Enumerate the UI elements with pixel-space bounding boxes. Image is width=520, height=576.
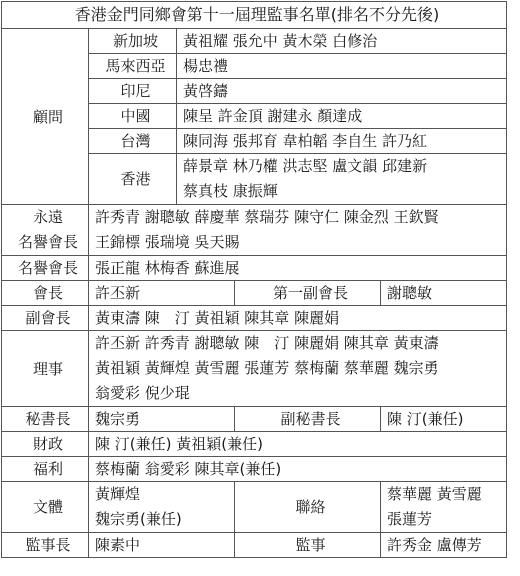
name-line: 許秀青 謝聰敏 薛慶華 蔡瑞芬 陳守仁 陳金烈 王欽賢 <box>95 205 506 230</box>
directors-names: 許丕新 許秀青 謝聰敏 陳 汀 陳麗娟 陳其章 黃東濤 黃祖穎 黃輝煌 黃雪麗 … <box>89 331 507 407</box>
name-line: 黃祖穎 黃輝煌 黃雪麗 張蓮芳 蔡梅蘭 蔡華麗 魏宗勇 <box>95 356 506 381</box>
deputy-secretary-label: 副秘書長 <box>235 407 381 432</box>
honorary-names: 張正龍 林梅香 蘇進展 <box>89 256 507 281</box>
name-line: 王錦標 張瑞境 吳天賜 <box>95 230 506 255</box>
permanent-honorary-row: 永遠 名譽會長 許秀青 謝聰敏 薛慶華 蔡瑞芬 陳守仁 陳金烈 王欽賢 王錦標 … <box>2 205 507 256</box>
label-line: 名譽會長 <box>8 230 88 255</box>
directors-row: 理事 許丕新 許秀青 謝聰敏 陳 汀 陳麗娟 陳其章 黃東濤 黃祖穎 黃輝煌 黃… <box>2 331 507 407</box>
secretary-general-name: 魏宗勇 <box>89 407 235 432</box>
name-line: 黃輝煌 <box>95 482 234 507</box>
president-row: 會長 許丕新 第一副會長 謝聰敏 <box>2 281 507 306</box>
name-line: 蔡華麗 黃雪麗 <box>387 482 506 507</box>
name-line: 蔡真枝 康振輝 <box>183 179 506 204</box>
name-line: 薛景章 林乃權 洪志堅 盧文韻 邱建新 <box>183 154 506 179</box>
welfare-row: 福利 蔡梅蘭 翁愛彩 陳其章(兼任) <box>2 457 507 482</box>
name-line: 魏宗勇(兼任) <box>95 507 234 532</box>
liaison-label: 聯絡 <box>235 482 381 533</box>
document-title: 香港金門同鄉會第十一屆理監事名單(排名不分先後) <box>2 2 507 29</box>
advisor-region: 馬來西亞 <box>89 54 177 79</box>
supervisor-names: 許秀金 盧傳芳 <box>381 533 507 558</box>
advisors-label: 顧問 <box>2 29 89 205</box>
permanent-honorary-names: 許秀青 謝聰敏 薛慶華 蔡瑞芬 陳守仁 陳金烈 王欽賢 王錦標 張瑞境 吳天賜 <box>89 205 507 256</box>
advisor-region: 新加坡 <box>89 29 177 54</box>
vice-president-names: 黃東濤 陳 汀 黃祖穎 陳其章 陳麗娟 <box>89 306 507 331</box>
advisor-names: 陳呈 許金頂 謝建永 顏達成 <box>177 104 507 129</box>
vice-president-label: 副會長 <box>2 306 89 331</box>
secretary-general-label: 秘書長 <box>2 407 89 432</box>
finance-row: 財政 陳 汀(兼任) 黃祖穎(兼任) <box>2 432 507 457</box>
culture-sports-names: 黃輝煌 魏宗勇(兼任) <box>89 482 235 533</box>
honorary-label: 名譽會長 <box>2 256 89 281</box>
advisor-names: 薛景章 林乃權 洪志堅 盧文韻 邱建新 蔡真枝 康振輝 <box>177 154 507 205</box>
chief-supervisor-label: 監事長 <box>2 533 89 558</box>
welfare-names: 蔡梅蘭 翁愛彩 陳其章(兼任) <box>89 457 507 482</box>
supervisor-label: 監事 <box>235 533 381 558</box>
vice-president-row: 副會長 黃東濤 陳 汀 黃祖穎 陳其章 陳麗娟 <box>2 306 507 331</box>
advisor-region: 香港 <box>89 154 177 205</box>
president-label: 會長 <box>2 281 89 306</box>
finance-names: 陳 汀(兼任) 黃祖穎(兼任) <box>89 432 507 457</box>
advisor-names: 黃祖耀 張允中 黃木榮 白修治 <box>177 29 507 54</box>
name-line: 翁愛彩 倪少琨 <box>95 381 506 406</box>
welfare-label: 福利 <box>2 457 89 482</box>
advisor-region: 中國 <box>89 104 177 129</box>
first-vice-president-name: 謝聰敏 <box>381 281 507 306</box>
first-vice-president-label: 第一副會長 <box>235 281 381 306</box>
liaison-names: 蔡華麗 黃雪麗 張蓮芳 <box>381 482 507 533</box>
culture-sports-label: 文體 <box>2 482 89 533</box>
deputy-secretary-name: 陳 汀(兼任) <box>381 407 507 432</box>
permanent-honorary-label: 永遠 名譽會長 <box>2 205 89 256</box>
chief-supervisor-name: 陳素中 <box>89 533 235 558</box>
finance-label: 財政 <box>2 432 89 457</box>
advisor-names: 楊忠禮 <box>177 54 507 79</box>
president-name: 許丕新 <box>89 281 235 306</box>
name-line: 張蓮芳 <box>387 507 506 532</box>
honorary-row: 名譽會長 張正龍 林梅香 蘇進展 <box>2 256 507 281</box>
advisor-region: 台灣 <box>89 129 177 154</box>
roster-table: 香港金門同鄉會第十一屆理監事名單(排名不分先後) 顧問 新加坡 黃祖耀 張允中 … <box>1 1 507 558</box>
advisor-region: 印尼 <box>89 79 177 104</box>
directors-label: 理事 <box>2 331 89 407</box>
advisor-names: 黃啓鑄 <box>177 79 507 104</box>
advisor-row: 顧問 新加坡 黃祖耀 張允中 黃木榮 白修治 <box>2 29 507 54</box>
advisor-names: 陳同海 張邦育 韋柏韜 李自生 許乃紅 <box>177 129 507 154</box>
label-line: 永遠 <box>8 205 88 230</box>
culture-row: 文體 黃輝煌 魏宗勇(兼任) 聯絡 蔡華麗 黃雪麗 張蓮芳 <box>2 482 507 533</box>
secretary-row: 秘書長 魏宗勇 副秘書長 陳 汀(兼任) <box>2 407 507 432</box>
name-line: 許丕新 許秀青 謝聰敏 陳 汀 陳麗娟 陳其章 黃東濤 <box>95 331 506 356</box>
title-row: 香港金門同鄉會第十一屆理監事名單(排名不分先後) <box>2 2 507 29</box>
supervisors-row: 監事長 陳素中 監事 許秀金 盧傳芳 <box>2 533 507 558</box>
